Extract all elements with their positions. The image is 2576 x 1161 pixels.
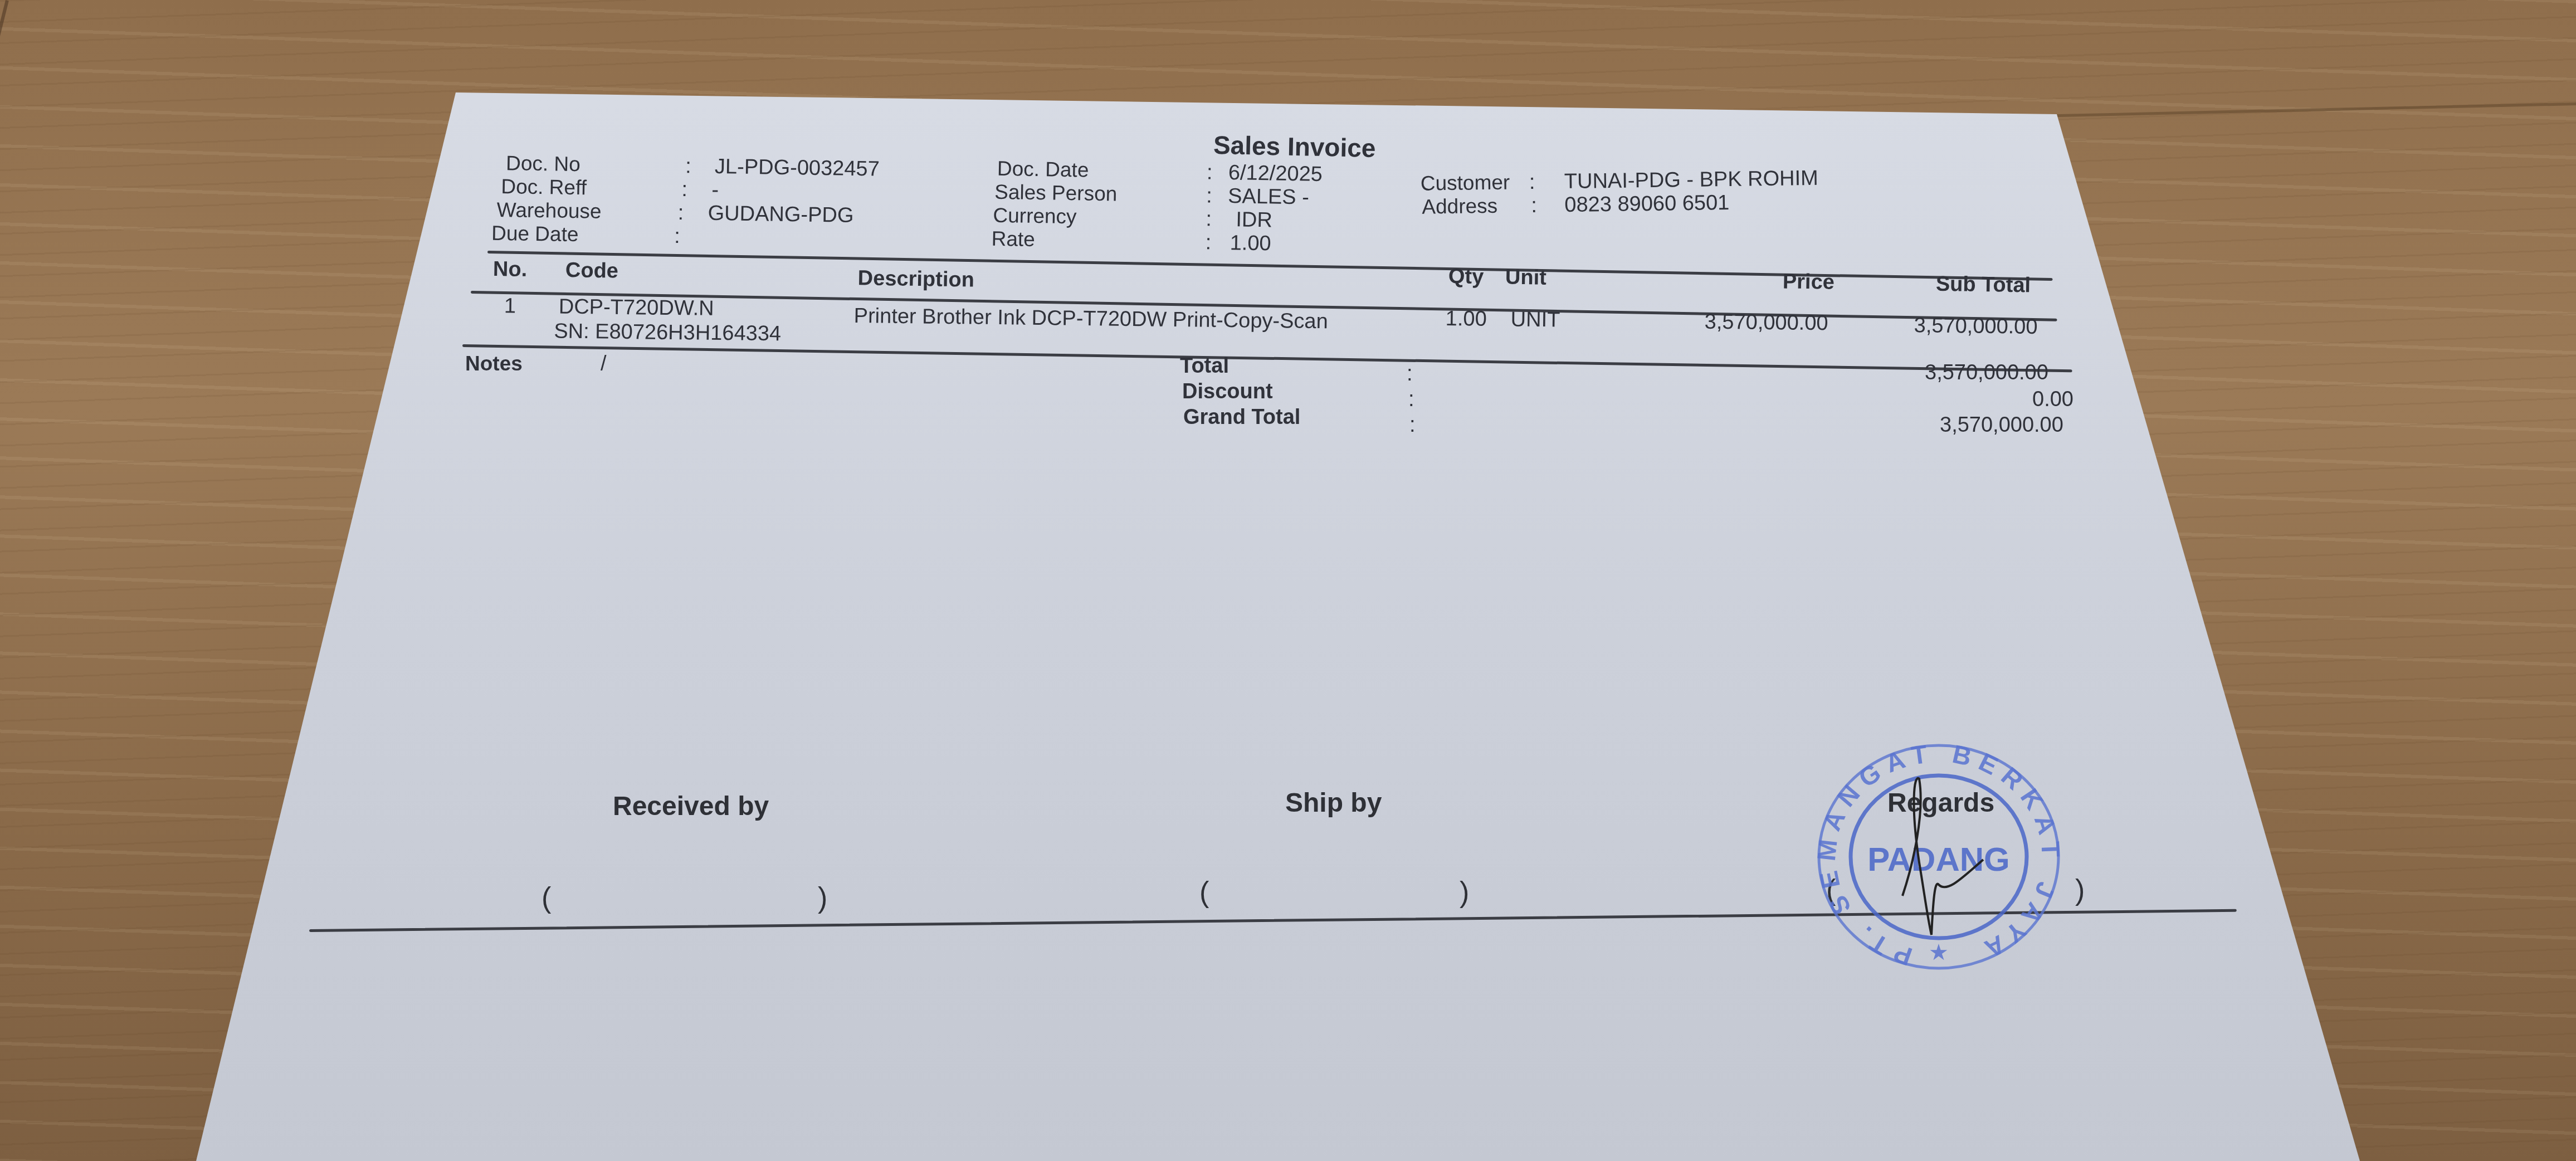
col-subtotal: Sub Total	[1936, 272, 2031, 298]
address-value: 0823 89060 6501	[1564, 191, 1729, 217]
row-unit: UNIT	[1510, 308, 1560, 332]
doc-date-label: Doc. Date	[997, 157, 1089, 182]
paren-open: (	[1199, 876, 1209, 909]
separator: :	[1529, 170, 1535, 194]
paren-close: )	[2075, 874, 2085, 907]
received-by-label: Received by	[613, 791, 769, 822]
divider	[462, 344, 2072, 372]
separator: :	[1408, 388, 1414, 412]
sales-person-value: SALES -	[1228, 184, 1309, 210]
row-subtotal: 3,570,000.00	[1914, 314, 2037, 339]
doc-date-value: 6/12/2025	[1228, 161, 1323, 187]
row-price: 3,570,000.00	[1704, 310, 1828, 336]
paren-close: )	[1460, 876, 1469, 909]
separator: :	[1407, 362, 1413, 386]
total-label: Total	[1180, 354, 1229, 378]
separator: :	[1207, 160, 1213, 184]
separator: :	[1206, 207, 1212, 231]
separator: :	[674, 225, 680, 248]
row-qty: 1.00	[1445, 307, 1486, 331]
col-unit: Unit	[1505, 266, 1547, 290]
separator: :	[1409, 413, 1416, 437]
star-icon: ★	[1929, 940, 1949, 965]
col-no: No.	[493, 257, 528, 282]
separator: :	[677, 201, 684, 225]
stamp-center-text: PADANG	[1867, 841, 2010, 878]
document-title: Sales Invoice	[1213, 130, 1376, 163]
currency-value: IDR	[1236, 208, 1272, 232]
col-qty: Qty	[1448, 265, 1484, 289]
col-price: Price	[1783, 270, 1835, 294]
rate-label: Rate	[991, 227, 1035, 251]
due-date-label: Due Date	[491, 222, 579, 246]
discount-label: Discount	[1182, 380, 1273, 404]
notes-label: Notes	[465, 352, 523, 375]
col-code: Code	[565, 258, 619, 283]
notes-value: /	[601, 352, 607, 376]
rate-value: 1.00	[1230, 231, 1271, 256]
sales-person-label: Sales Person	[994, 181, 1118, 206]
separator: :	[1205, 231, 1211, 255]
separator: :	[681, 178, 687, 202]
customer-label: Customer	[1421, 170, 1510, 195]
doc-no-label: Doc. No	[506, 152, 580, 176]
address-label: Address	[1422, 194, 1497, 219]
grand-total-value: 3,570,000.00	[1940, 413, 2063, 437]
separator: :	[1531, 194, 1537, 218]
warehouse-value: GUDANG-PDG	[708, 202, 853, 228]
row-description: Printer Brother Ink DCP-T720DW Print-Cop…	[853, 304, 1328, 334]
warehouse-label: Warehouse	[496, 198, 601, 223]
doc-reff-label: Doc. Reff	[501, 175, 587, 199]
paren-open: (	[541, 881, 551, 915]
sales-invoice: Sales Invoice Doc. No : JL-PDG-0032457 D…	[0, 0, 2576, 1161]
doc-reff-value: -	[711, 178, 719, 202]
customer-value: TUNAI-PDG - BPK ROHIM	[1564, 167, 1819, 194]
row-code: DCP-T720DW.N	[559, 295, 714, 321]
company-stamp: PT. SEMANGAT BERKAT JAYA PADANG ★	[1808, 734, 2070, 979]
ship-by-label: Ship by	[1285, 788, 1382, 818]
doc-no-value: JL-PDG-0032457	[715, 155, 880, 182]
grand-total-label: Grand Total	[1183, 406, 1300, 430]
total-value: 3,570,000.00	[1925, 361, 2048, 385]
row-serial: SN: E80726H3H164334	[554, 319, 781, 346]
paren-close: )	[818, 881, 827, 915]
discount-value: 0.00	[2032, 388, 2074, 412]
col-description: Description	[857, 266, 974, 292]
currency-label: Currency	[993, 204, 1077, 229]
separator: :	[685, 154, 691, 178]
separator: :	[1206, 184, 1212, 208]
row-no: 1	[504, 294, 516, 318]
